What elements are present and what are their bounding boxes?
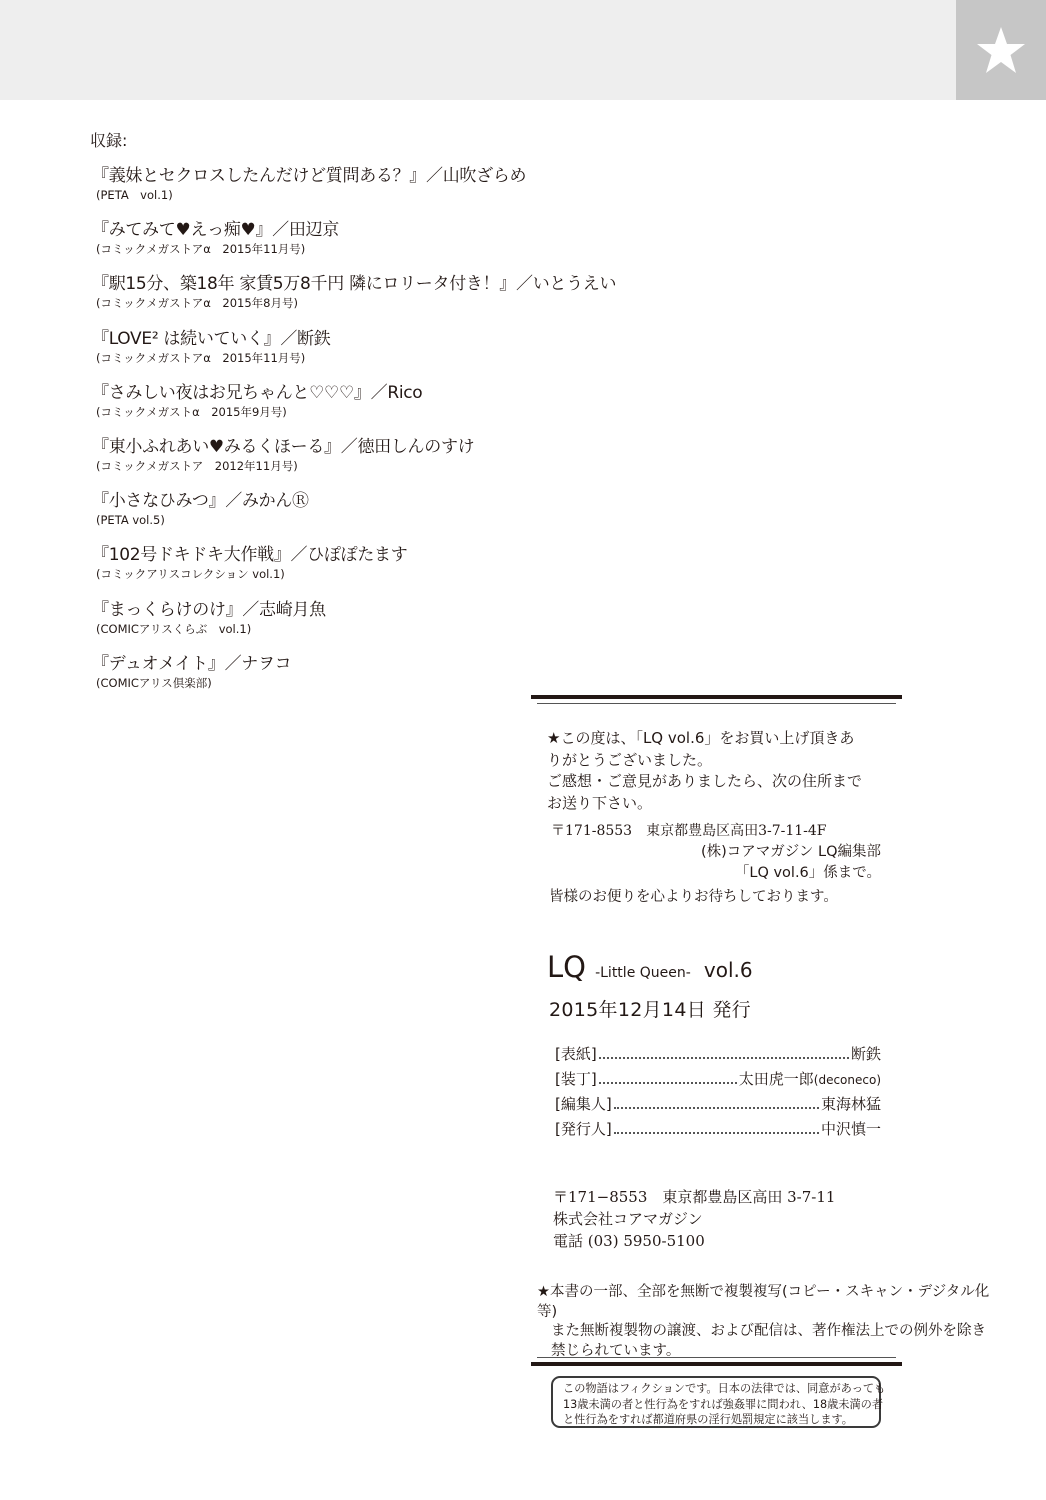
publisher-company: 株式会社コアマガジン: [553, 1208, 835, 1230]
contents-heading: 収録:: [90, 128, 127, 151]
credit-role: [発行人]: [555, 1117, 612, 1142]
fiction-disclaimer: この物語はフィクションです。日本の法律では、同意があっても 13歳未満の者と性行…: [551, 1376, 881, 1428]
entry-title: 『みてみて♥えっ痴♥』／田辺京: [92, 218, 732, 242]
entry-title: 『小さなひみつ』／みかんⓇ: [92, 489, 732, 513]
editorial-address: 〒171-8553 東京都豊島区高田3-7-11-4F (株)コアマガジン LQ…: [551, 821, 881, 908]
credit-name: 断鉄: [851, 1042, 881, 1067]
leader-dots: [599, 1082, 737, 1084]
entry-title: 『義妹とセクロスしたんだけど質問ある？』／山吹ざらめ: [92, 164, 732, 188]
star-icon: [976, 25, 1026, 75]
disclaimer-line: 13歳未満の者と性行為をすれば強姦罪に問われ、18歳未満の者: [563, 1397, 879, 1413]
credit-name: 東海林猛: [821, 1092, 881, 1117]
entry-title: 『デュオメイト』／ナヲコ: [92, 652, 732, 676]
contents-entry: 『小さなひみつ』／みかんⓇ (PETA vol.5): [92, 489, 732, 543]
editorial-attention: 「LQ vol.6」係まで。: [551, 863, 881, 884]
copyright-notice: ★本書の一部、全部を無断で複製複写(コピー・スキャン・デジタル化等) また無断複…: [537, 1283, 1007, 1361]
editorial-dept: (株)コアマガジン LQ編集部: [551, 842, 881, 863]
publisher-phone: 電話 (03) 5950-5100: [553, 1230, 835, 1252]
contents-entry: 『みてみて♥えっ痴♥』／田辺京 (コミックメガストアα 2015年11月号): [92, 218, 732, 272]
credit-name: 太田虎一郎(deconeco): [739, 1067, 881, 1093]
credit-role: [表紙]: [555, 1042, 597, 1067]
editorial-thanks: 皆様のお便りを心よりお待ちしております。: [549, 887, 881, 908]
contents-entry: 『まっくらけのけ』／志崎月魚 (COMICアリスくらぶ vol.1): [92, 598, 732, 652]
divider-thin-top: [537, 703, 896, 704]
copyright-line: 禁じられています。: [537, 1342, 1007, 1362]
star-badge: [956, 0, 1046, 100]
credit-row: [発行人] 中沢慎一: [555, 1117, 881, 1142]
notice-line: ★この度は、「LQ vol.6」をお買い上げ頂きあ: [547, 728, 897, 750]
publisher-address: 〒171−8553 東京都豊島区高田 3-7-11: [553, 1186, 835, 1208]
contents-list: 『義妹とセクロスしたんだけど質問ある？』／山吹ざらめ (PETA vol.1) …: [92, 164, 732, 706]
notice-line: ご感想・ご意見がありましたら、次の住所まで: [547, 771, 897, 793]
entry-source: (コミックアリスコレクション vol.1): [96, 567, 732, 581]
entry-title: 『東小ふれあい♥みるくほーる』／徳田しんのすけ: [92, 435, 732, 459]
contents-entry: 『さみしい夜はお兄ちゃんと♡♡♡』／Rico (コミックメガストα 2015年9…: [92, 381, 732, 435]
leader-dots: [614, 1107, 819, 1109]
contents-entry: 『義妹とセクロスしたんだけど質問ある？』／山吹ざらめ (PETA vol.1): [92, 164, 732, 218]
title-main: LQ: [547, 950, 586, 984]
credits-list: [表紙] 断鉄 [装丁] 太田虎一郎(deconeco) [編集人] 東海林猛 …: [555, 1042, 881, 1141]
entry-source: (PETA vol.5): [96, 513, 732, 527]
entry-title: 『まっくらけのけ』／志崎月魚: [92, 598, 732, 622]
thank-you-notice: ★この度は、「LQ vol.6」をお買い上げ頂きあ りがとうございました。 ご感…: [547, 728, 897, 814]
editorial-address-line: 〒171-8553 東京都豊島区高田3-7-11-4F: [551, 821, 881, 842]
entry-source: (コミックメガストアα 2015年11月号): [96, 242, 732, 256]
entry-source: (コミックメガストア 2012年11月号): [96, 459, 732, 473]
credit-row: [表紙] 断鉄: [555, 1042, 881, 1067]
copyright-line: ★本書の一部、全部を無断で複製複写(コピー・スキャン・デジタル化等): [537, 1283, 1007, 1322]
contents-entry: 『102号ドキドキ大作戦』／ひぽぽたます (コミックアリスコレクション vol.…: [92, 543, 732, 597]
divider-thin-bottom: [537, 1357, 896, 1358]
publication-date: 2015年12月14日 発行: [549, 995, 751, 1022]
entry-title: 『さみしい夜はお兄ちゃんと♡♡♡』／Rico: [92, 381, 732, 405]
disclaimer-line: この物語はフィクションです。日本の法律では、同意があっても: [563, 1381, 879, 1397]
title-volume: vol.6: [704, 958, 753, 982]
entry-title: 『LOVE² は続いていく』／断鉄: [92, 327, 732, 351]
title-subtitle: -Little Queen-: [595, 965, 691, 981]
divider-thick-top: [531, 695, 902, 699]
entry-title: 『102号ドキドキ大作戦』／ひぽぽたます: [92, 543, 732, 567]
entry-source: (COMICアリスくらぶ vol.1): [96, 622, 732, 636]
entry-source: (コミックメガストアα 2015年11月号): [96, 351, 732, 365]
publisher-info: 〒171−8553 東京都豊島区高田 3-7-11 株式会社コアマガジン 電話 …: [553, 1186, 835, 1252]
entry-source: (コミックメガストアα 2015年8月号): [96, 296, 732, 310]
leader-dots: [599, 1057, 849, 1059]
contents-entry: 『東小ふれあい♥みるくほーる』／徳田しんのすけ (コミックメガストア 2012年…: [92, 435, 732, 489]
entry-source: (コミックメガストα 2015年9月号): [96, 405, 732, 419]
copyright-line: また無断複製物の譲渡、および配信は、著作権法上での例外を除き: [537, 1322, 1007, 1342]
credit-row: [編集人] 東海林猛: [555, 1092, 881, 1117]
notice-line: りがとうございました。: [547, 750, 897, 772]
entry-title: 『駅15分、築18年 家賃5万8千円 隣にロリータ付き！』／いとうえい: [92, 272, 732, 296]
credit-role: [装丁]: [555, 1067, 597, 1092]
magazine-title: LQ -Little Queen- vol.6: [547, 950, 753, 984]
disclaimer-line: と性行為をすれば都道府県の淫行処罰規定に該当します。: [563, 1412, 879, 1428]
entry-source: (PETA vol.1): [96, 188, 732, 202]
header-bar: [0, 0, 956, 100]
contents-entry: 『駅15分、築18年 家賃5万8千円 隣にロリータ付き！』／いとうえい (コミッ…: [92, 272, 732, 326]
credit-row: [装丁] 太田虎一郎(deconeco): [555, 1067, 881, 1093]
entry-source: (COMICアリス倶楽部): [96, 676, 732, 690]
contents-entry: 『LOVE² は続いていく』／断鉄 (コミックメガストアα 2015年11月号): [92, 327, 732, 381]
divider-thick-bottom: [531, 1362, 902, 1366]
credit-name: 中沢慎一: [821, 1117, 881, 1142]
credit-role: [編集人]: [555, 1092, 612, 1117]
leader-dots: [614, 1132, 819, 1134]
notice-line: お送り下さい。: [547, 793, 897, 815]
